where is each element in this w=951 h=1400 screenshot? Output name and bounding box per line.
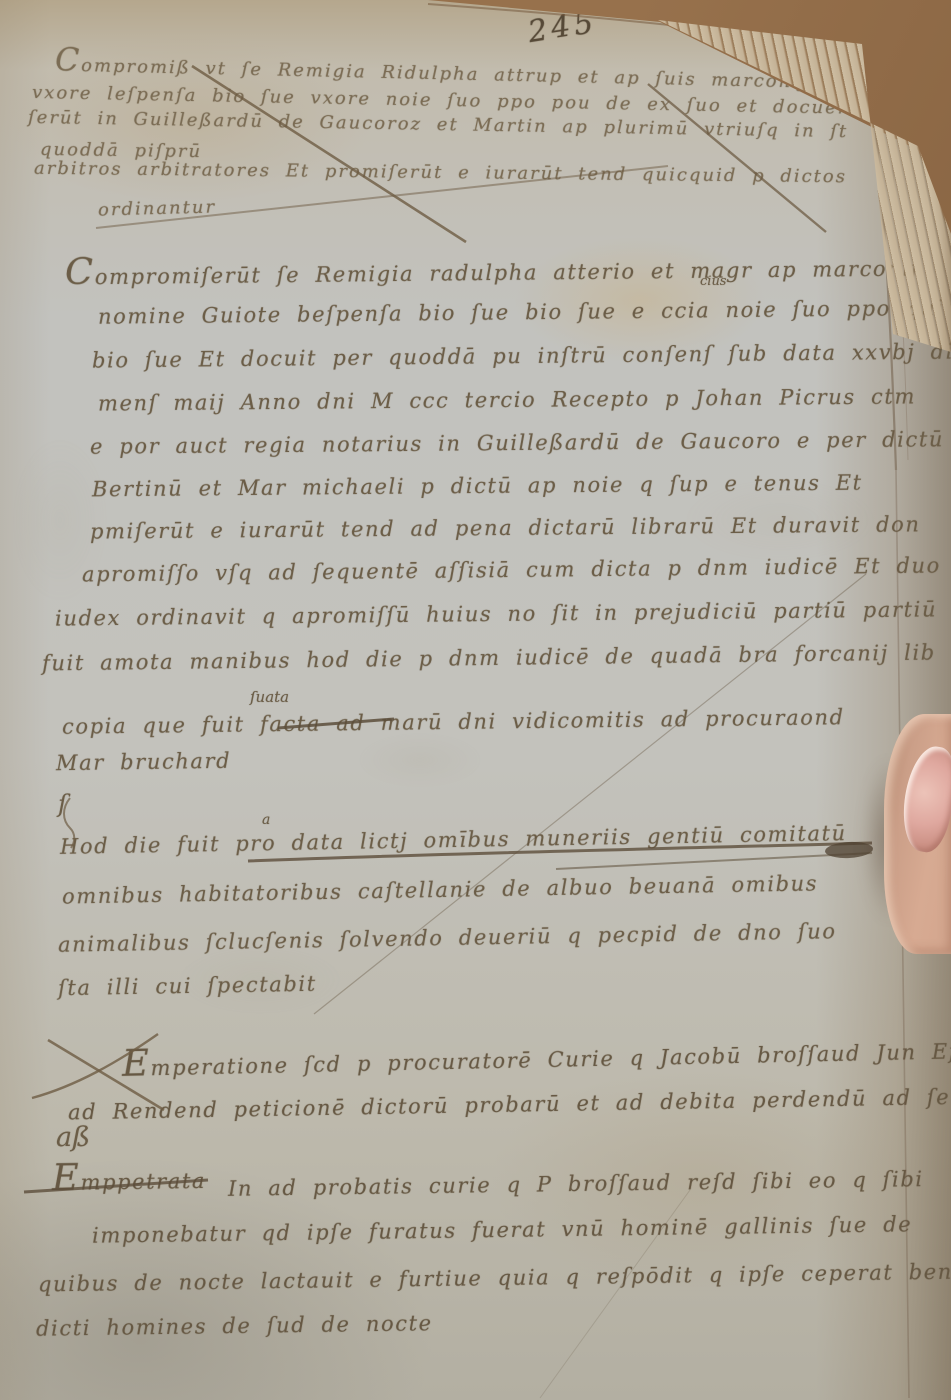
flourish-mark <box>64 798 74 848</box>
word-strike <box>278 719 394 728</box>
manuscript-photo: 245 Compromiß vt ſe Remigia Ridulpha att… <box>0 0 951 1400</box>
word-strike <box>24 1180 208 1192</box>
cancellation-stroke <box>648 84 826 232</box>
paper-crease <box>314 574 866 1014</box>
paper-crease <box>540 1190 690 1398</box>
margin-cross-stroke <box>32 1034 158 1098</box>
ink-strokes-and-creases <box>0 0 951 1400</box>
margin-cross-stroke <box>48 1040 164 1110</box>
cancellation-stroke <box>192 66 466 242</box>
cancellation-stroke <box>96 166 668 228</box>
line-strike <box>556 853 872 869</box>
